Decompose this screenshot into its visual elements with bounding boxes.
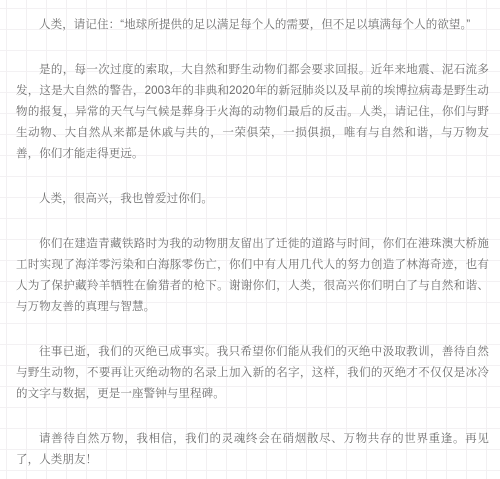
document-page: 人类，请记住：“地球所提供的足以满足每个人的需要，但不足以填满每个人的欲望。” … (0, 0, 500, 479)
paragraph-loved-you: 人类，很高兴，我也曾爱过你们。 (16, 189, 489, 210)
paragraph-quote: 人类，请记住：“地球所提供的足以满足每个人的需要，但不足以填满每个人的欲望。” (16, 15, 489, 36)
paragraph-farewell: 请善待自然万物，我相信，我们的灵魂终会在硝烟散尽、万物共存的世界重逢。再见了，人… (16, 429, 489, 471)
paragraph-extinction-lesson: 往事已逝，我们的灭绝已成事实。我只希望你们能从我们的灭绝中汲取教训，善待自然与野… (16, 342, 489, 405)
paragraph-warning: 是的，每一次过度的索取，大自然和野生动物们都会要求回报。近年来地震、泥石流多发，… (16, 60, 489, 165)
paragraph-gratitude: 你们在建造青藏铁路时为我的动物朋友留出了迁徙的道路与时间，你们在港珠澳大桥施工时… (16, 234, 489, 318)
